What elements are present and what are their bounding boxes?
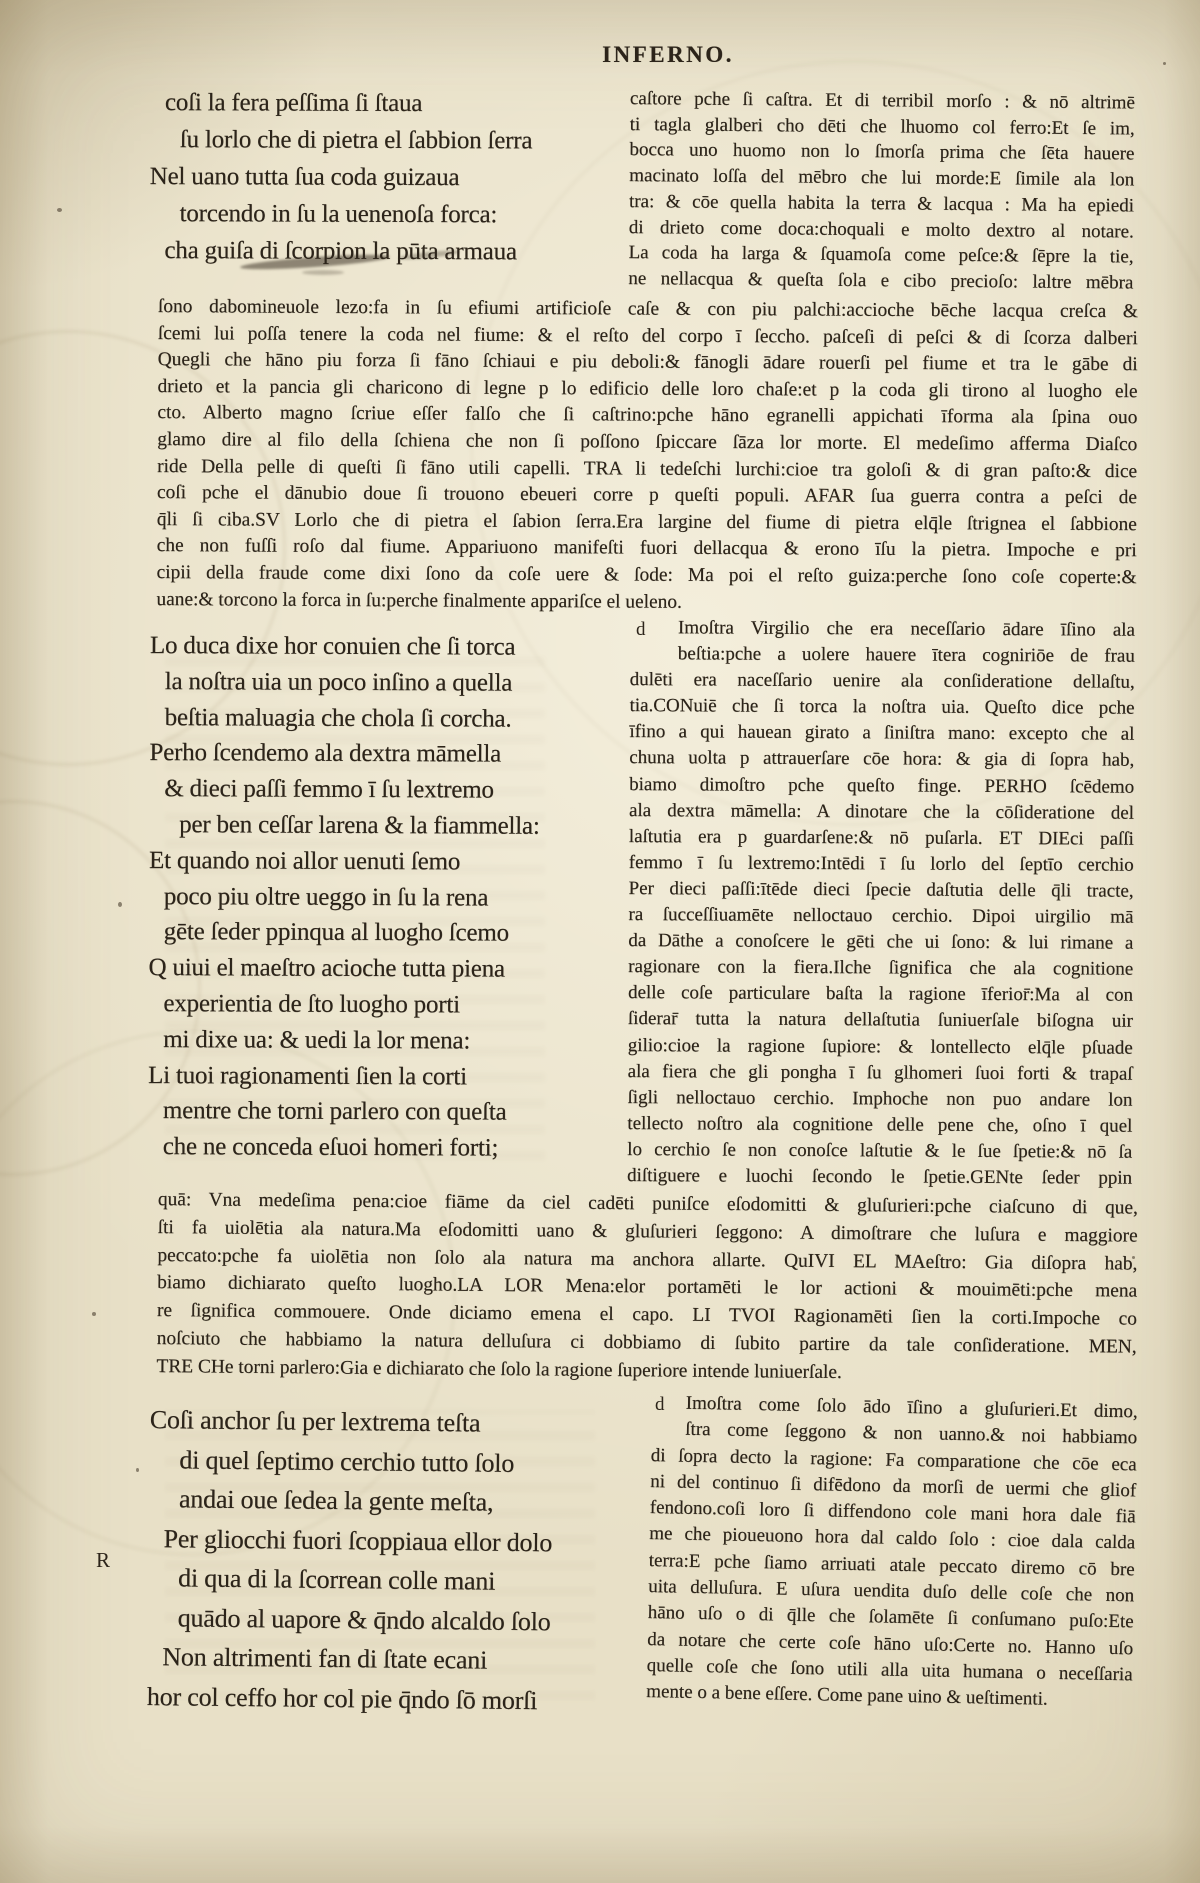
- verse-column-1: coſi la fera peſſima ſi ſtauaſu lorlo ch…: [149, 84, 590, 271]
- commentary-line: ragionare con la fiera.Ilche ſignifica c…: [628, 954, 1133, 983]
- commentary-column-1: caſtore pche ſi caſtra. Et di terribil m…: [628, 86, 1135, 296]
- commentary-line: Per dieci paſſi:ītēde dieci ſpecie daſtu…: [628, 876, 1133, 905]
- ink-speck: [136, 1468, 139, 1472]
- commentary-column-2: Imoſtra Virgilio che era neceſſario ādar…: [627, 615, 1135, 1192]
- commentary-line: ne nellacqua & queſta ſola e cibo precio…: [628, 266, 1133, 296]
- commentary-line: caſtore pche ſi caſtra. Et di terribil m…: [630, 86, 1135, 116]
- verse-line: Lo duca dixe hor conuien che ſi torca: [150, 628, 610, 666]
- commentary-line: chuna uolta p attrauerſare cōe hora: & g…: [629, 745, 1134, 774]
- verse-column-3: Coſi anchor ſu per lextrema teſtadi quel…: [147, 1400, 630, 1721]
- verse-line: & dieci paſſi femmo ī ſu lextremo: [149, 771, 609, 809]
- ink-speck: [57, 208, 62, 212]
- verse-line: Li tuoi ragionamenti ſien la corti: [148, 1058, 608, 1096]
- commentary-column-3: Imoſtra come ſolo ādo īſino a gluſurieri…: [646, 1390, 1138, 1715]
- verse-line: beſtia maluagia che chola ſi corcha.: [150, 700, 610, 738]
- commentary-line: femmo ī ſu lextremo:Intēdi ī ſu lorlo de…: [629, 850, 1134, 879]
- commentary-line: īfino a qui hauean girato a ſiniſtra man…: [629, 719, 1134, 748]
- commentary-line: lo cerchio ſe non conoſce laſtutie & le …: [627, 1137, 1132, 1166]
- verse-line: Q uiui el maeſtro acioche tutta piena: [148, 950, 608, 988]
- commentary-line: ſigli nelloctauo cerchio. Imphoche non p…: [627, 1085, 1132, 1114]
- verse-line: gēte ſeder ppinqua al luogho ſcemo: [149, 914, 609, 952]
- verse-line: Et quando noi allor uenuti ſemo: [149, 843, 609, 881]
- verse-line: di quel ſeptimo cerchio tutto ſolo: [149, 1439, 629, 1484]
- verse-line: hor col ceffo hor col pie q̄ndo ſō morſi: [147, 1676, 627, 1721]
- gloss-block-2: quā: Vna medeſima pena:cioe fiāme da cie…: [156, 1186, 1138, 1389]
- ink-smudge: [302, 270, 344, 275]
- commentary-line: gilio:cioe la ragione ſupiore: & lontell…: [628, 1032, 1133, 1061]
- verse-line: Perho ſcendemo ala dextra māmella: [149, 735, 609, 773]
- commentary-line: laſtutia era p guardarſene:& nō puſarla.…: [629, 824, 1134, 853]
- gloss-line: uane:& torcono la forca in ſu:perche fin…: [156, 587, 1136, 619]
- verse-line: coſi la fera peſſima ſi ſtaua: [150, 84, 590, 123]
- verse-line: andai oue ſedea la gente meſta,: [149, 1479, 629, 1524]
- commentary-line: dulēti era naceſſario uenire ala conſide…: [630, 667, 1135, 696]
- verse-line: torcendo in ſu la uenenoſa forca:: [149, 195, 589, 234]
- verse-line: che ne conceda eſuoi homeri forti;: [148, 1129, 608, 1167]
- commentary-line: Imoſtra Virgilio che era neceſſario ādar…: [630, 615, 1135, 644]
- commentary-line: tellecto noſtro ala cognitione delle pen…: [627, 1111, 1132, 1140]
- verse-line: poco piu oltre ueggo in ſu la rena: [149, 879, 609, 917]
- commentary-line: ala fiera che gli pongha ī ſu glhomeri ſ…: [628, 1059, 1133, 1088]
- running-title: INFERNO.: [135, 42, 1200, 68]
- verse-line: mentre che torni parlero con queſta: [148, 1093, 608, 1131]
- commentary-line: ſiderar̄ tutta la natura dellaſtutia ſun…: [628, 1006, 1133, 1035]
- verse-column-2: Lo duca dixe hor conuien che ſi torcala …: [148, 628, 610, 1167]
- verse-line: ſu lorlo che di pietra el ſabbion ſerra: [150, 121, 590, 160]
- verse-line: experientia de ſto luogho porti: [148, 986, 608, 1024]
- ink-speck: [118, 902, 122, 907]
- commentary-line: delle coſe particulare baſta la ragione …: [628, 980, 1133, 1009]
- verse-line: cha guiſa di ſcorpion la pūta armaua: [149, 232, 589, 271]
- commentary-line: ra ſucceſſiuamēte nelloctauo cerchio. Di…: [628, 902, 1133, 931]
- commentary-line: tra: & cōe quella habita la terra & lacq…: [629, 189, 1134, 219]
- verse-line: Non altrimenti fan di ſtate ecani: [147, 1637, 627, 1682]
- verse-line: Nel uano tutta ſua coda guizaua: [150, 158, 590, 197]
- verse-line: per ben ceſſar larena & la fiammella:: [149, 807, 609, 845]
- verse-line: Coſi anchor ſu per lextrema teſta: [150, 1400, 630, 1445]
- commentary-line: tia.CONuiē che ſi torca la noſtra uia. Q…: [629, 693, 1134, 722]
- book-page: INFERNO. coſi la fera peſſima ſi ſtauaſu…: [0, 0, 1200, 1883]
- verse-line: mi dixe ua: & uedi la lor mena:: [148, 1022, 608, 1060]
- verse-line: la noſtra uia un poco inſino a quella: [150, 664, 610, 702]
- verse-line: di qua di la ſcorrean colle mani: [148, 1558, 628, 1603]
- commentary-line: diſtiguere e luochi ſecondo le ſpetie.GE…: [627, 1163, 1132, 1192]
- gloss-block-1: ſono dabomineuole lezo:fa in ſu efiumi a…: [156, 294, 1138, 618]
- commentary-line: biamo dimoſtro pche queſto finge. PERHO …: [629, 772, 1134, 801]
- margin-letter: R: [96, 1548, 110, 1573]
- ink-speck: [92, 1312, 96, 1316]
- commentary-line: da Dāthe a conoſcere le gēti che ui ſono…: [628, 928, 1133, 957]
- verse-line: Per gliocchi fuori ſcoppiaua ellor dolo: [148, 1518, 628, 1563]
- verse-line: quādo al uapore & q̄ndo alcaldo ſolo: [148, 1597, 628, 1642]
- commentary-line: ala dextra māmella: A dinotare che la cō…: [629, 798, 1134, 827]
- commentary-line: beſtia:pche a uolere hauere ītera cognir…: [630, 641, 1135, 670]
